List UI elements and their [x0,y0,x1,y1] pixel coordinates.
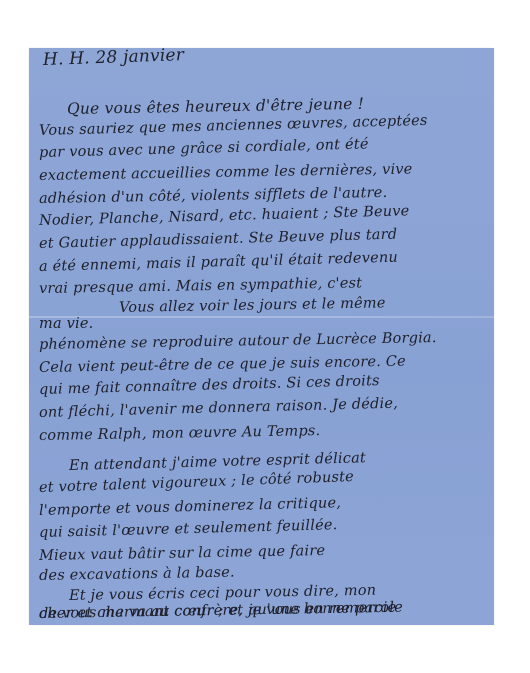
letter-line: phénomène se reproduire autour de Lucrèc… [39,330,437,353]
letter-line: exactement accueillies comme les dernièr… [39,161,413,184]
letter-line: Mieux vaut bâtir sur la cime que faire [39,543,325,564]
letter-sheet: H. H. 28 janvier Que vous êtes heureux d… [29,48,494,625]
letter-line: ma vie. [39,316,93,332]
letter-line: Nodier, Planche, Nisard, etc. huaient ; … [39,203,410,229]
letter-line: vrai presque ami. Mais en sympathie, c'e… [39,275,363,297]
letter-line: a été ennemi, mais il paraît qu'il était… [39,250,398,275]
letter-line: ont fléchi, l'avenir me donnera raison. … [39,396,398,421]
letter-line: adhésion d'un côté, violents sifflets de… [39,185,388,207]
letter-line: l'emporte et vous dominerez la critique, [39,495,342,519]
fold-crease [29,316,494,318]
letter-line: qui saisit l'œuvre et seulement feuillée… [39,517,338,541]
letter-line: Cela vient peut-être de ce que je suis e… [39,354,406,376]
letter-line: comme Ralph, mon œuvre Au Temps. [39,423,321,444]
letter-line: Que vous êtes heureux d'être jeune ! [67,95,364,118]
dateline: H. H. 28 janvier [43,45,185,70]
letter-line: par vous avec une grâce si cordiale, ont… [39,136,369,161]
letter-line: qui me fait connaître des droits. Si ces… [39,373,380,398]
letter-line: et Gautier applaudissaient. Ste Beuve pl… [39,227,398,252]
letter-line: Vous allez voir les jours et le même [119,295,386,316]
letter-line: des excavations à la base. [39,565,235,584]
